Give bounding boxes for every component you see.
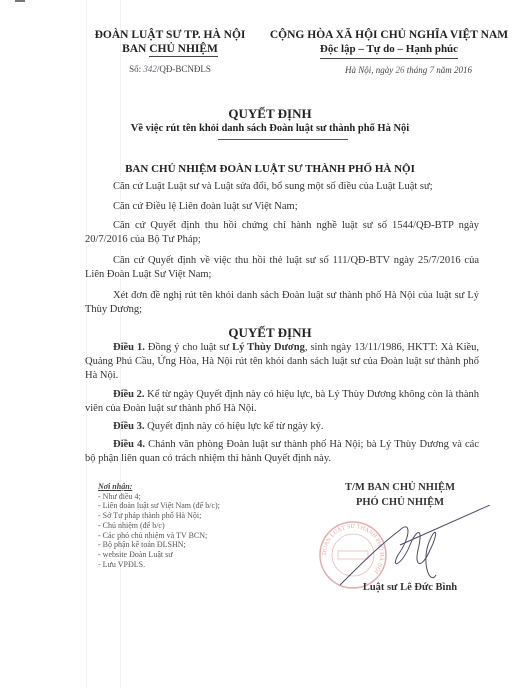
preamble-text: Căn cứ Quyết định về việc thu hồi thẻ lu…	[85, 254, 479, 282]
preamble-text: Căn cứ Điều lệ Liên đoàn luật sư Việt Na…	[85, 200, 479, 214]
recipients-heading: Nơi nhận:	[98, 482, 288, 492]
article-2: Điều 2. Kể từ ngày Quyết định này có hiệ…	[85, 388, 479, 416]
article-3: Điều 3. Quyết định này có hiệu lực kể từ…	[85, 420, 479, 434]
on-behalf-of: T/M BAN CHỦ NHIỆM	[310, 480, 490, 495]
preamble-item: Căn cứ Quyết định về việc thu hồi thẻ lu…	[85, 254, 479, 282]
org-name: ĐOÀN LUẬT SƯ TP. HÀ NỘI	[80, 28, 260, 42]
article-label: Điều 1.	[113, 342, 145, 353]
article-1: Điều 1. Đồng ý cho luật sư Lý Thùy Dương…	[85, 341, 479, 383]
article-text: Kể từ ngày Quyết định này có hiệu lực, b…	[85, 389, 479, 414]
recipients-list: Nơi nhận: - Như điều 4; - Liên đoàn luật…	[98, 482, 288, 569]
department-name: CHỦ NHIỆM	[149, 43, 218, 57]
article-label: Điều 4.	[113, 439, 145, 450]
document-title: QUYẾT ĐỊNH	[60, 106, 480, 122]
national-motto: Độc lập – Tự do – Hạnh phúc	[320, 42, 458, 59]
document-number: Số: 342/QĐ-BCNĐLS	[80, 64, 260, 74]
subtitle-underline	[218, 139, 348, 140]
article-4: Điều 4. Chánh văn phòng Đoàn luật sư thà…	[85, 438, 479, 466]
national-header: CỘNG HÒA XÃ HỘI CHỦ NGHĨA VIỆT NAM Độc l…	[258, 28, 520, 59]
date-prefix: Hà Nội, ngày	[345, 65, 396, 75]
article-text: Quyết định này có hiệu lực kể từ ngày ký…	[145, 421, 324, 432]
recipient-item: - Như điều 4;	[98, 492, 288, 502]
preamble-item: Căn cứ Quyết định thu hồi chứng chỉ hành…	[85, 219, 479, 247]
department-prefix: BAN	[122, 43, 149, 55]
recipient-item: - Các phó chủ nhiệm và TV BCN;	[98, 531, 288, 541]
recipient-item: - Chủ nhiệm (để b/c)	[98, 521, 288, 531]
country-name: CỘNG HÒA XÃ HỘI CHỦ NGHĨA VIỆT NAM	[258, 28, 520, 42]
preamble-text: Xét đơn đề nghị rút tên khỏi danh sách Đ…	[85, 289, 479, 317]
department: BAN CHỦ NHIỆM	[80, 42, 260, 56]
article-text: Đồng ý cho luật sư	[145, 342, 232, 353]
preamble-text: Căn cứ Luật Luật sư và Luật sửa đổi, bổ …	[85, 180, 479, 194]
signer-name: Luật sư Lê Đức Bình	[310, 582, 510, 593]
article-label: Điều 2.	[113, 389, 145, 400]
issuing-organization: ĐOÀN LUẬT SƯ TP. HÀ NỘI BAN CHỦ NHIỆM	[80, 28, 260, 56]
preamble-text: Căn cứ Quyết định thu hồi chứng chỉ hành…	[85, 219, 479, 247]
preamble-item: Căn cứ Luật Luật sư và Luật sửa đổi, bổ …	[85, 180, 479, 194]
recipient-item: - website Đoàn Luật sư	[98, 550, 288, 560]
issuing-body: BAN CHỦ NHIỆM ĐOÀN LUẬT SƯ THÀNH PHỐ HÀ …	[60, 163, 480, 175]
recipient-item: - Bộ phận kế toán ĐLSHN;	[98, 540, 288, 550]
doc-no-handwritten: 342	[143, 64, 157, 74]
doc-no-label: Số:	[129, 64, 143, 74]
recipient-item: - Liên đoàn luật sư Việt Nam (để b/c);	[98, 501, 288, 511]
preamble-item: Xét đơn đề nghị rút tên khỏi danh sách Đ…	[85, 289, 479, 317]
date-day: 26	[396, 65, 405, 75]
decision-heading: QUYẾT ĐỊNH	[60, 325, 480, 341]
scan-artifact	[15, 0, 25, 2]
date-mid: tháng	[405, 65, 430, 75]
recipient-item: - Sở Tư pháp thành phố Hà Nội;	[98, 511, 288, 521]
recipient-item: - Lưu VPĐLS.	[98, 560, 288, 570]
article-text: Chánh văn phòng Đoàn luật sư thành phố H…	[85, 439, 479, 464]
article-label: Điều 3.	[113, 421, 145, 432]
document-subtitle: Về việc rút tên khỏi danh sách Đoàn luật…	[60, 123, 480, 134]
doc-no-suffix: /QĐ-BCNĐLS	[157, 64, 211, 74]
lawyer-name: Lý Thùy Dương	[232, 342, 305, 353]
date-suffix: năm 2016	[434, 65, 472, 75]
issue-date: Hà Nội, ngày 26 tháng 7 năm 2016	[345, 65, 520, 75]
preamble-item: Căn cứ Điều lệ Liên đoàn luật sư Việt Na…	[85, 200, 479, 214]
